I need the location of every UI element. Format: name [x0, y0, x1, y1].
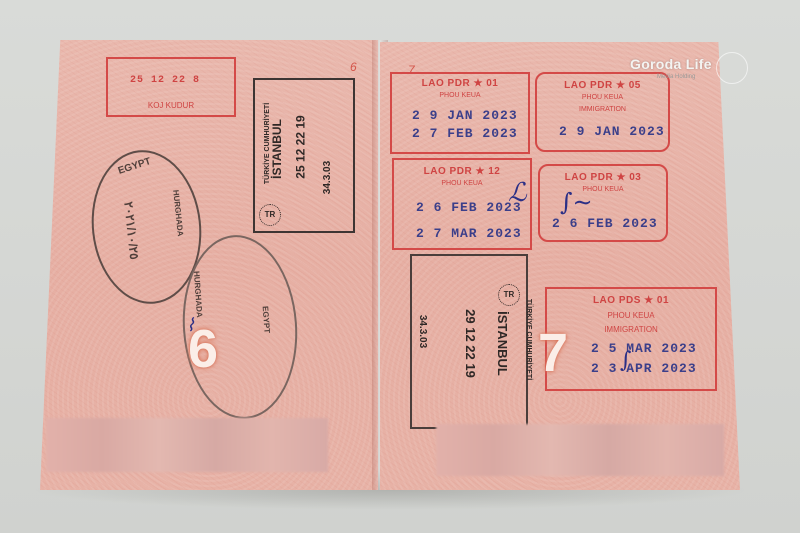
redacted-field-left — [46, 418, 328, 472]
stamp-header: LAO PDS ★ 01 — [547, 295, 715, 306]
stamp-lao-entry-01b: LAO PDS ★ 01 PHOU KEUA IMMIGRATION 2 5 M… — [545, 287, 717, 391]
stamp-header: LAO PDR ★ 12 — [394, 166, 530, 177]
stamp-lao-entry-01: LAO PDR ★ 01 PHOU KEUA 2 9 JAN 2023 2 7 … — [390, 72, 530, 154]
stamp-code: 34.3.03 — [322, 161, 333, 194]
stamp-istanbul-exit: TR TÜRKİYE CUMHURİYETİ İSTANBUL 29 12 22… — [410, 254, 528, 429]
stamp-label: IMMIGRATION — [547, 325, 715, 334]
stamp-place: PHOU KEUA — [540, 186, 666, 193]
stamp-date: 2 6 FEB 2023 — [552, 216, 660, 231]
stamp-place: PHOU KEUA — [547, 311, 715, 320]
stamp-date: 25 12 22 8 — [130, 75, 228, 86]
stamp-code: 34.3.03 — [417, 315, 428, 348]
stamp-header: LAO PDR ★ 05 — [537, 80, 668, 91]
stamp-lao-exit-05: LAO PDR ★ 05 PHOU KEUA IMMIGRATION 2 9 J… — [535, 72, 670, 152]
stamp-istanbul-entry: TÜRKİYE CUMHURİYETİ İSTANBUL 25 12 22 19… — [253, 78, 355, 233]
stamp-issuer: TÜRKİYE CUMHURİYETİ — [525, 299, 532, 380]
stamp-arrival-date: 2 9 JAN 2023 — [412, 108, 522, 123]
signature-scribble: ℒ — [508, 178, 527, 208]
stamp-until-date: 2 3 APR 2023 — [591, 361, 709, 376]
stamp-place: PHOU KEUA — [537, 94, 668, 101]
stamp-place: KOJ KUDUR — [108, 101, 234, 110]
signature-scribble: ∫∼ — [560, 188, 593, 216]
stamp-date: ٢٠٢١/١٠/٢٥ — [121, 201, 141, 260]
stamp-until-date: 2 7 MAR 2023 — [416, 226, 524, 241]
eu-stars-emblem-icon: TR — [259, 204, 281, 226]
stamp-header: LAO PDR ★ 03 — [540, 172, 666, 183]
stamp-city: İSTANBUL — [270, 119, 284, 179]
stamp-date: 29 12 22 19 — [463, 309, 478, 378]
stamp-until-date: 2 7 FEB 2023 — [412, 126, 522, 141]
passport-photo: 6 7 25 12 22 8 KOJ KUDUR TÜRKİYE CUMHURİ… — [0, 0, 800, 533]
stamp-city: HURGHADA — [171, 189, 185, 236]
stamp-date: 25 12 22 19 — [294, 115, 308, 178]
signature-scribble: ∫ — [620, 348, 631, 373]
stamp-header: LAO PDR ★ 01 — [392, 78, 528, 89]
stamp-city: HURGHADA — [192, 271, 204, 318]
watermark-tagline: Media Holding — [657, 74, 695, 80]
page-big-number-right: 7 — [538, 322, 568, 384]
stamp-arrival-date: 2 5 MAR 2023 — [591, 341, 709, 356]
stamp-country: EGYPT — [117, 156, 153, 177]
stamp-date: 2 9 JAN 2023 — [559, 124, 662, 139]
stamp-label: IMMIGRATION — [537, 106, 668, 113]
stamp-country: EGYPT — [261, 306, 272, 334]
stamp-kyrgyz-exit: 25 12 22 8 KOJ KUDUR — [106, 57, 236, 117]
stamp-city: İSTANBUL — [495, 311, 510, 376]
watermark-brand: Goroda Life — [630, 56, 712, 72]
redacted-field-right — [436, 424, 724, 476]
signature-scribble: ⌇ — [186, 315, 195, 336]
page-number-left: 6 — [350, 60, 357, 74]
eu-stars-emblem-icon: TR — [498, 284, 520, 306]
stamp-place: PHOU KEUA — [392, 92, 528, 99]
stamp-lao-exit-03: LAO PDR ★ 03 PHOU KEUA 2 6 FEB 2023 — [538, 164, 668, 242]
watermark-logo-icon — [716, 52, 748, 84]
